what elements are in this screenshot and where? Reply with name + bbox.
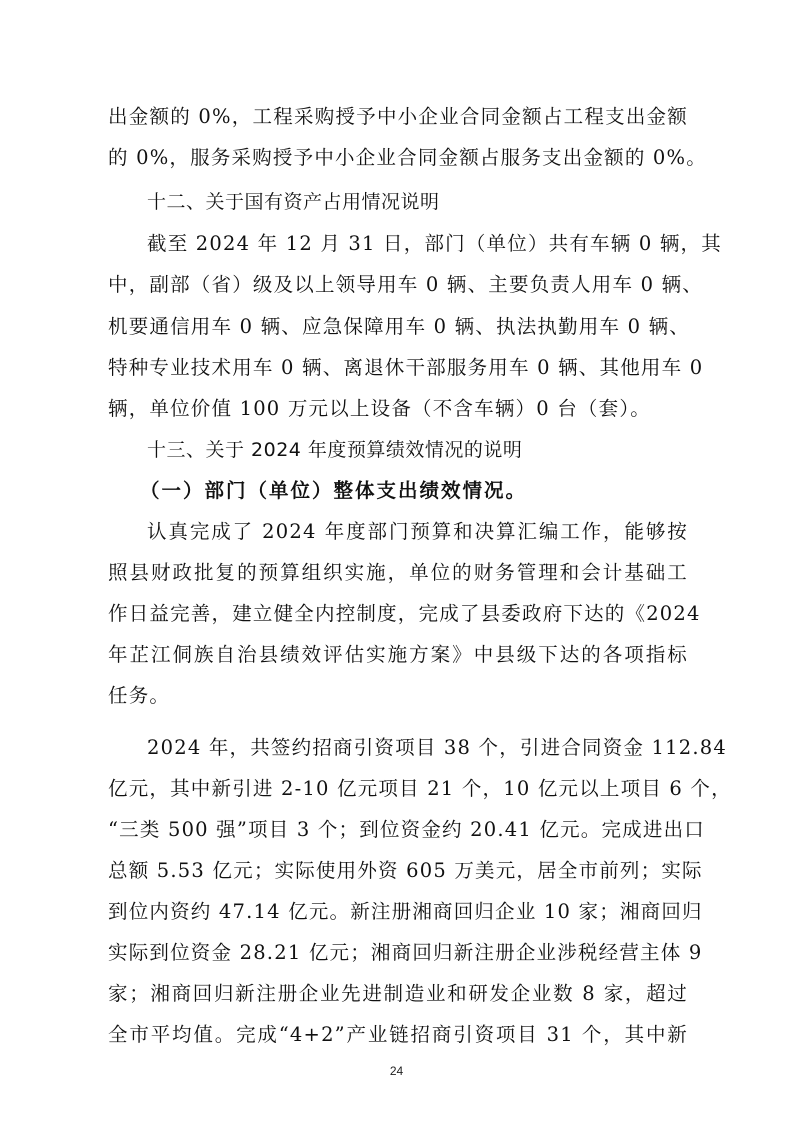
- paragraph-line: 作日益完善，建立健全内控制度，完成了县委政府下达的《2024: [108, 601, 688, 627]
- section-heading-13: 十三、关于 2024 年度预算绩效情况的说明: [147, 437, 688, 463]
- page-number: 24: [0, 1064, 793, 1078]
- paragraph-line: 照县财政批复的预算组织实施，单位的财务管理和会计基础工: [108, 560, 688, 586]
- paragraph-line: 全市平均值。完成“4+2”产业链招商引资项目 31 个，其中新: [108, 1022, 688, 1048]
- paragraph-line: 任务。: [108, 683, 688, 709]
- paragraph-line: 截至 2024 年 12 月 31 日，部门（单位）共有车辆 0 辆，其: [147, 231, 688, 257]
- paragraph-line: 认真完成了 2024 年度部门预算和决算汇编工作，能够按: [147, 519, 688, 545]
- document-page: 出金额的 0%，工程采购授予中小企业合同金额占工程支出金额 的 0%，服务采购授…: [0, 0, 793, 1122]
- paragraph-line: 出金额的 0%，工程采购授予中小企业合同金额占工程支出金额: [108, 104, 688, 130]
- paragraph-line: 的 0%，服务采购授予中小企业合同金额占服务支出金额的 0%。: [108, 145, 688, 171]
- paragraph-line: 2024 年，共签约招商引资项目 38 个，引进合同资金 112.84: [147, 735, 688, 761]
- paragraph-line: 年芷江侗族自治县绩效评估实施方案》中县级下达的各项指标: [108, 642, 688, 668]
- paragraph-line: 特种专业技术用车 0 辆、离退休干部服务用车 0 辆、其他用车 0: [108, 355, 688, 381]
- paragraph-line: 家；湘商回归新注册企业先进制造业和研发企业数 8 家，超过: [108, 981, 688, 1007]
- paragraph-line: 辆，单位价值 100 万元以上设备（不含车辆）0 台（套）。: [108, 396, 688, 422]
- paragraph-line: 中，副部（省）级及以上领导用车 0 辆、主要负责人用车 0 辆、: [108, 272, 688, 298]
- paragraph-line: 亿元，其中新引进 2-10 亿元项目 21 个，10 亿元以上项目 6 个，: [108, 776, 688, 802]
- paragraph-line: 总额 5.53 亿元；实际使用外资 605 万美元，居全市前列；实际: [108, 858, 688, 884]
- subsection-heading-1: （一）部门（单位）整体支出绩效情况。: [140, 478, 688, 504]
- section-heading-12: 十二、关于国有资产占用情况说明: [147, 189, 688, 215]
- paragraph-line: 机要通信用车 0 辆、应急保障用车 0 辆、执法执勤用车 0 辆、: [108, 314, 688, 340]
- paragraph-line: 到位内资约 47.14 亿元。新注册湘商回归企业 10 家；湘商回归: [108, 899, 688, 925]
- paragraph-line: “三类 500 强”项目 3 个；到位资金约 20.41 亿元。完成进出口: [108, 817, 688, 843]
- paragraph-line: 实际到位资金 28.21 亿元；湘商回归新注册企业涉税经营主体 9: [108, 940, 688, 966]
